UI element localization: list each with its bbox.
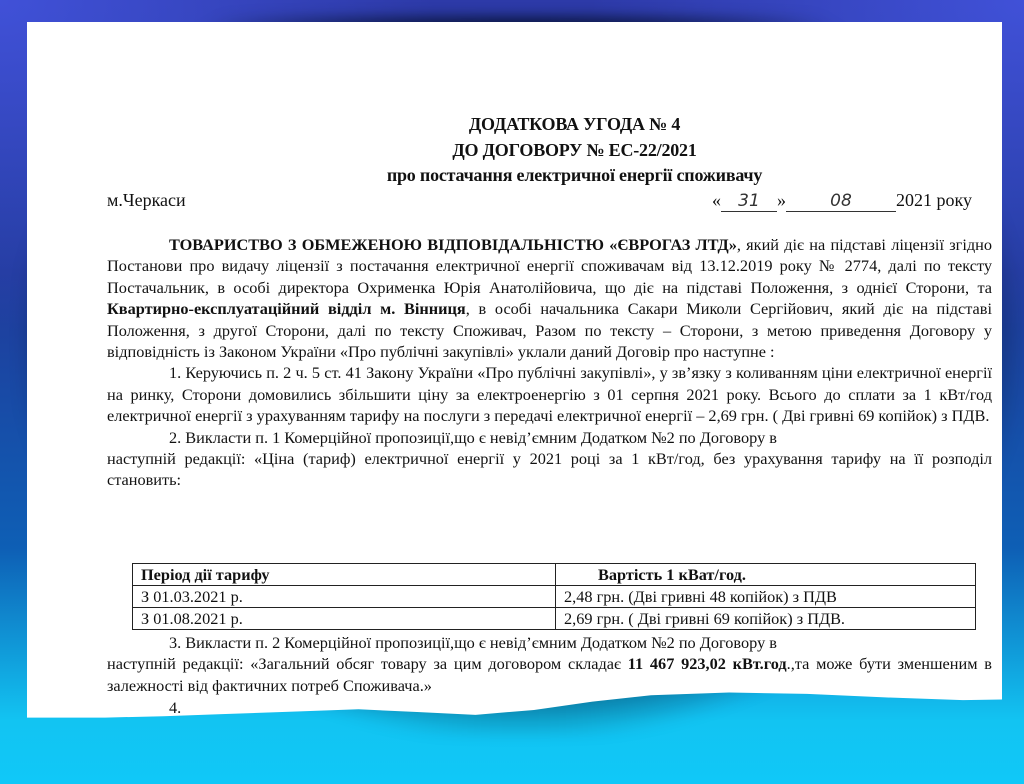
clause-3-text-1: наступній редакції: «Загальний обсяг тов… xyxy=(107,654,628,673)
date-close-quote: » xyxy=(777,190,786,210)
table-cell-period: З 01.08.2021 р. xyxy=(133,608,556,630)
document-page: ДОДАТКОВА УГОДА № 4 ДО ДОГОВОРУ № ЕС-22/… xyxy=(27,22,1002,719)
document-body: ТОВАРИСТВО З ОБМЕЖЕНОЮ ВІДПОВІДАЛЬНІСТЮ … xyxy=(107,234,992,491)
clause-3-text: наступній редакції: «Загальний обсяг тов… xyxy=(107,653,992,696)
document-title: ДОДАТКОВА УГОДА № 4 xyxy=(87,114,1024,135)
table-header-period: Період дії тарифу xyxy=(133,564,556,586)
date-open-quote: « xyxy=(712,190,721,210)
city: м.Черкаси xyxy=(107,190,186,211)
supplier-name: ТОВАРИСТВО З ОБМЕЖЕНОЮ ВІДПОВІДАЛЬНІСТЮ … xyxy=(169,235,737,254)
table-header-row: Період дії тарифу Вартість 1 кВат/год. xyxy=(133,564,976,586)
clause-4-start: 4. xyxy=(169,698,181,717)
document-subject: про постачання електричної енергії спожи… xyxy=(87,165,1024,186)
date-month-handwritten: 08 xyxy=(786,193,896,212)
preamble-paragraph: ТОВАРИСТВО З ОБМЕЖЕНОЮ ВІДПОВІДАЛЬНІСТЮ … xyxy=(107,234,992,362)
total-volume: 11 467 923,02 кВт.год xyxy=(628,654,787,673)
date-year: 2021 року xyxy=(896,190,972,210)
table-cell-price: 2,48 грн. (Дві гривні 48 копійок) з ПДВ xyxy=(556,586,976,608)
tariff-table: Період дії тарифу Вартість 1 кВат/год. З… xyxy=(132,563,976,630)
table-row: З 01.03.2021 р. 2,48 грн. (Дві гривні 48… xyxy=(133,586,976,608)
date-day-handwritten: 31 xyxy=(721,193,777,212)
table-cell-period: З 01.03.2021 р. xyxy=(133,586,556,608)
clause-2-line-1: 2. Викласти п. 1 Комерційної пропозиції,… xyxy=(107,427,992,448)
clause-1: 1. Керуючись п. 2 ч. 5 ст. 41 Закону Укр… xyxy=(107,362,992,426)
table-header-price: Вартість 1 кВат/год. xyxy=(556,564,976,586)
clause-2-text: наступній редакції: «Ціна (тариф) електр… xyxy=(107,448,992,491)
contract-reference: ДО ДОГОВОРУ № ЕС-22/2021 xyxy=(87,140,1024,161)
clause-3-line-1: 3. Викласти п. 2 Комерційної пропозиції,… xyxy=(107,632,992,653)
document-date: «31»082021 року xyxy=(712,190,972,212)
table-cell-price: 2,69 грн. ( Дві гривні 69 копійок) з ПДВ… xyxy=(556,608,976,630)
table-row: З 01.08.2021 р. 2,69 грн. ( Дві гривні 6… xyxy=(133,608,976,630)
consumer-name: Квартирно-експлуатаційний відділ м. Вінн… xyxy=(107,299,466,318)
document-body-continued: 3. Викласти п. 2 Комерційної пропозиції,… xyxy=(107,632,992,696)
